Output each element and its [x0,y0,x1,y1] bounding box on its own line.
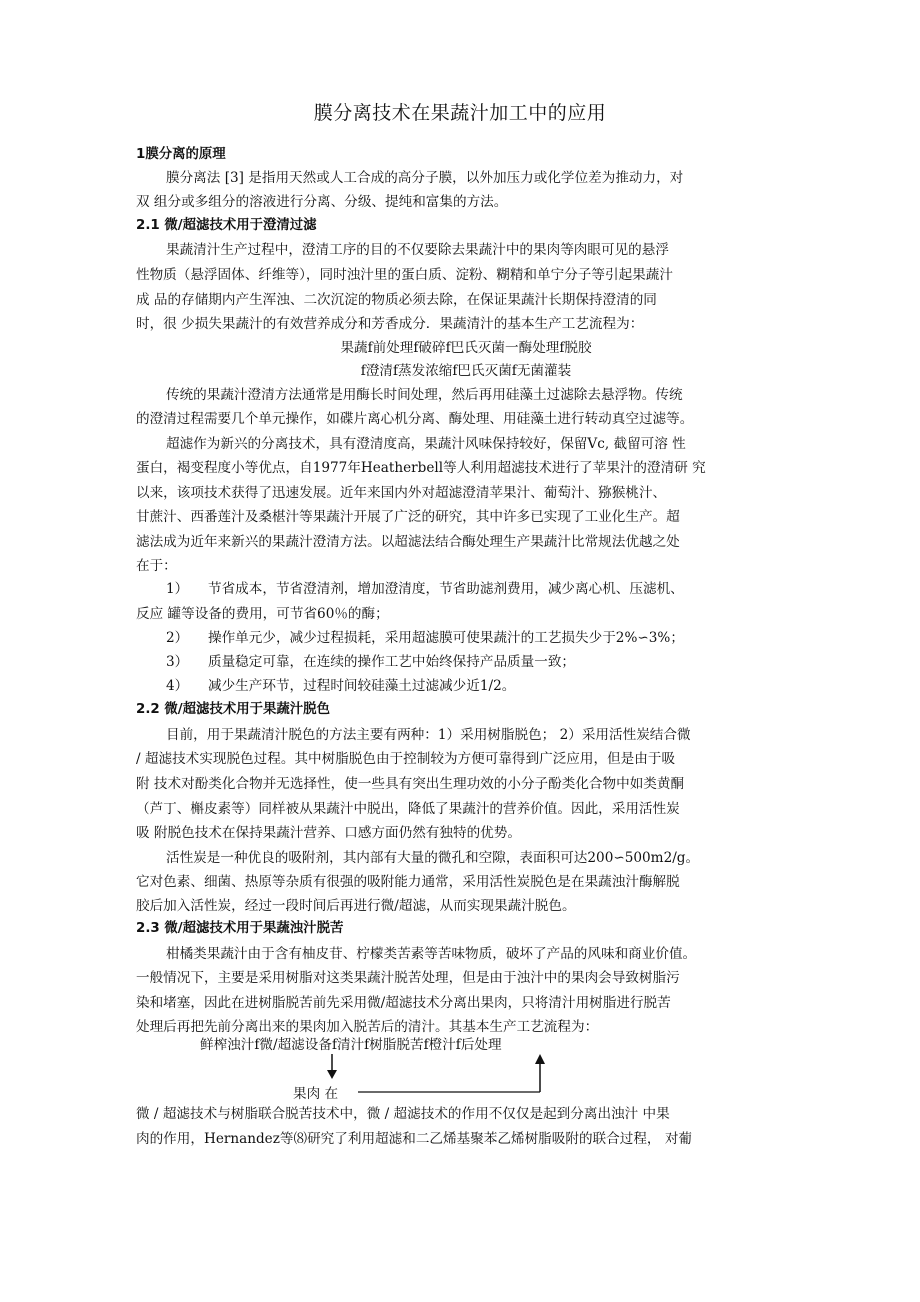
paragraph-line: 微 / 超滤技术与树脂联合脱苦技术中，微 / 超滤技术的作用不仅仅是起到分离出浊… [136,1105,796,1123]
document-page: 膜分离技术在果蔬汁加工中的应用 1膜分离的原理 膜分离法 [3] 是指用天然或人… [0,0,920,1302]
pulp-branch-label: 果肉 在 [293,1082,338,1102]
paragraph-line: 肉的作用，Hernandez等⑻研究了利用超滤和二乙烯基聚苯乙烯树脂吸附的联合过… [136,1130,796,1148]
